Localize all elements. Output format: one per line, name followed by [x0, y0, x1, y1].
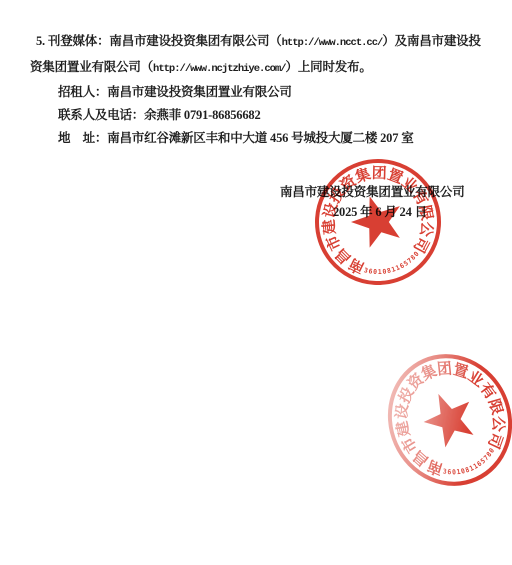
svg-text:司: 司 [485, 430, 506, 452]
svg-text:司: 司 [410, 234, 433, 256]
svg-text:设: 设 [393, 401, 412, 420]
contact-line: 联系人及电话：余燕菲 0791-86856682 [58, 108, 261, 123]
text-segment: http://www.ncjtzhiye.com/ [153, 63, 286, 75]
svg-text:昌: 昌 [409, 446, 431, 470]
svg-text:公: 公 [489, 415, 507, 433]
svg-text:0: 0 [373, 268, 377, 276]
svg-text:1: 1 [472, 462, 479, 471]
svg-text:5: 5 [402, 259, 410, 268]
seal-serial-number: 3601081165780 [361, 249, 424, 283]
svg-text:0: 0 [412, 250, 421, 258]
text-segment: 5. 刊登媒体：南昌市建设投资集团有限公司（ [36, 34, 282, 48]
svg-text:市: 市 [322, 232, 345, 253]
text-segment: ）上同时发布。 [286, 60, 372, 74]
svg-text:8: 8 [485, 450, 494, 459]
svg-text:6: 6 [398, 261, 405, 270]
company-seal-bottom: 南昌市建设投资集团置业有限公司 3601081165780 [380, 350, 512, 490]
svg-text:集: 集 [418, 361, 440, 384]
svg-text:3: 3 [442, 467, 447, 476]
svg-text:7: 7 [482, 454, 490, 463]
svg-text:1: 1 [456, 468, 461, 477]
svg-text:南: 南 [346, 255, 367, 278]
seal-ring-circle [380, 350, 512, 490]
text-segment: ）及南昌市建设投 [382, 34, 480, 48]
svg-text:0: 0 [460, 467, 466, 476]
svg-text:6: 6 [447, 468, 451, 477]
svg-text:1: 1 [394, 263, 401, 272]
signature-date: 2025 年 6 月 24 日 [333, 205, 427, 220]
svg-text:南: 南 [425, 456, 444, 479]
svg-text:置: 置 [452, 360, 470, 382]
svg-text:市: 市 [398, 434, 421, 457]
svg-text:8: 8 [464, 466, 470, 475]
address-line: 地 址：南昌市红谷滩新区丰和中大道 456 号城投大厦二楼 207 室 [58, 131, 414, 146]
seal-ring-circle [308, 152, 448, 292]
svg-text:业: 业 [465, 367, 487, 392]
star-icon [416, 384, 483, 452]
svg-text:0: 0 [382, 267, 387, 275]
svg-text:3: 3 [363, 266, 369, 275]
svg-text:投: 投 [395, 383, 417, 406]
svg-text:建: 建 [320, 219, 339, 236]
text-segment: 资集团置业有限公司（ [30, 60, 153, 74]
svg-text:置: 置 [385, 165, 405, 187]
svg-text:8: 8 [386, 266, 392, 275]
svg-text:0: 0 [452, 468, 456, 476]
svg-text:团: 团 [436, 359, 453, 378]
media-line-1: 5. 刊登媒体：南昌市建设投资集团有限公司（http://www.ncct.cc… [36, 34, 481, 51]
scanned-document-page: 5. 刊登媒体：南昌市建设投资集团有限公司（http://www.ncct.cc… [0, 0, 512, 565]
media-line-2: 资集团置业有限公司（http://www.ncjtzhiye.com/）上同时发… [30, 60, 372, 77]
svg-text:建: 建 [393, 419, 414, 438]
svg-text:6: 6 [476, 459, 484, 468]
company-seal-top: 南昌市建设投资集团置业有限公司 3601081165780 [308, 152, 448, 292]
svg-text:7: 7 [406, 256, 414, 265]
svg-text:1: 1 [390, 265, 396, 274]
svg-text:1: 1 [468, 464, 475, 473]
svg-text:资: 资 [404, 369, 427, 394]
signature-company: 南昌市建设投资集团置业有限公司 [280, 185, 465, 200]
svg-text:团: 团 [371, 164, 386, 182]
svg-text:1: 1 [378, 268, 382, 276]
svg-text:有: 有 [476, 379, 499, 402]
lessor-line: 招租人：南昌市建设投资集团置业有限公司 [58, 85, 292, 100]
svg-text:公: 公 [416, 221, 436, 240]
svg-text:5: 5 [479, 457, 487, 466]
seal-serial-number: 3601081165780 [440, 445, 501, 484]
svg-text:昌: 昌 [331, 245, 354, 268]
svg-text:6: 6 [368, 267, 373, 276]
svg-text:限: 限 [485, 397, 507, 418]
seal-ring-text: 南昌市建设投资集团置业有限公司 [380, 350, 512, 488]
svg-text:集: 集 [353, 165, 373, 187]
svg-text:8: 8 [409, 253, 417, 262]
svg-text:0: 0 [487, 447, 496, 455]
text-segment: http://www.ncct.cc/ [282, 37, 383, 49]
